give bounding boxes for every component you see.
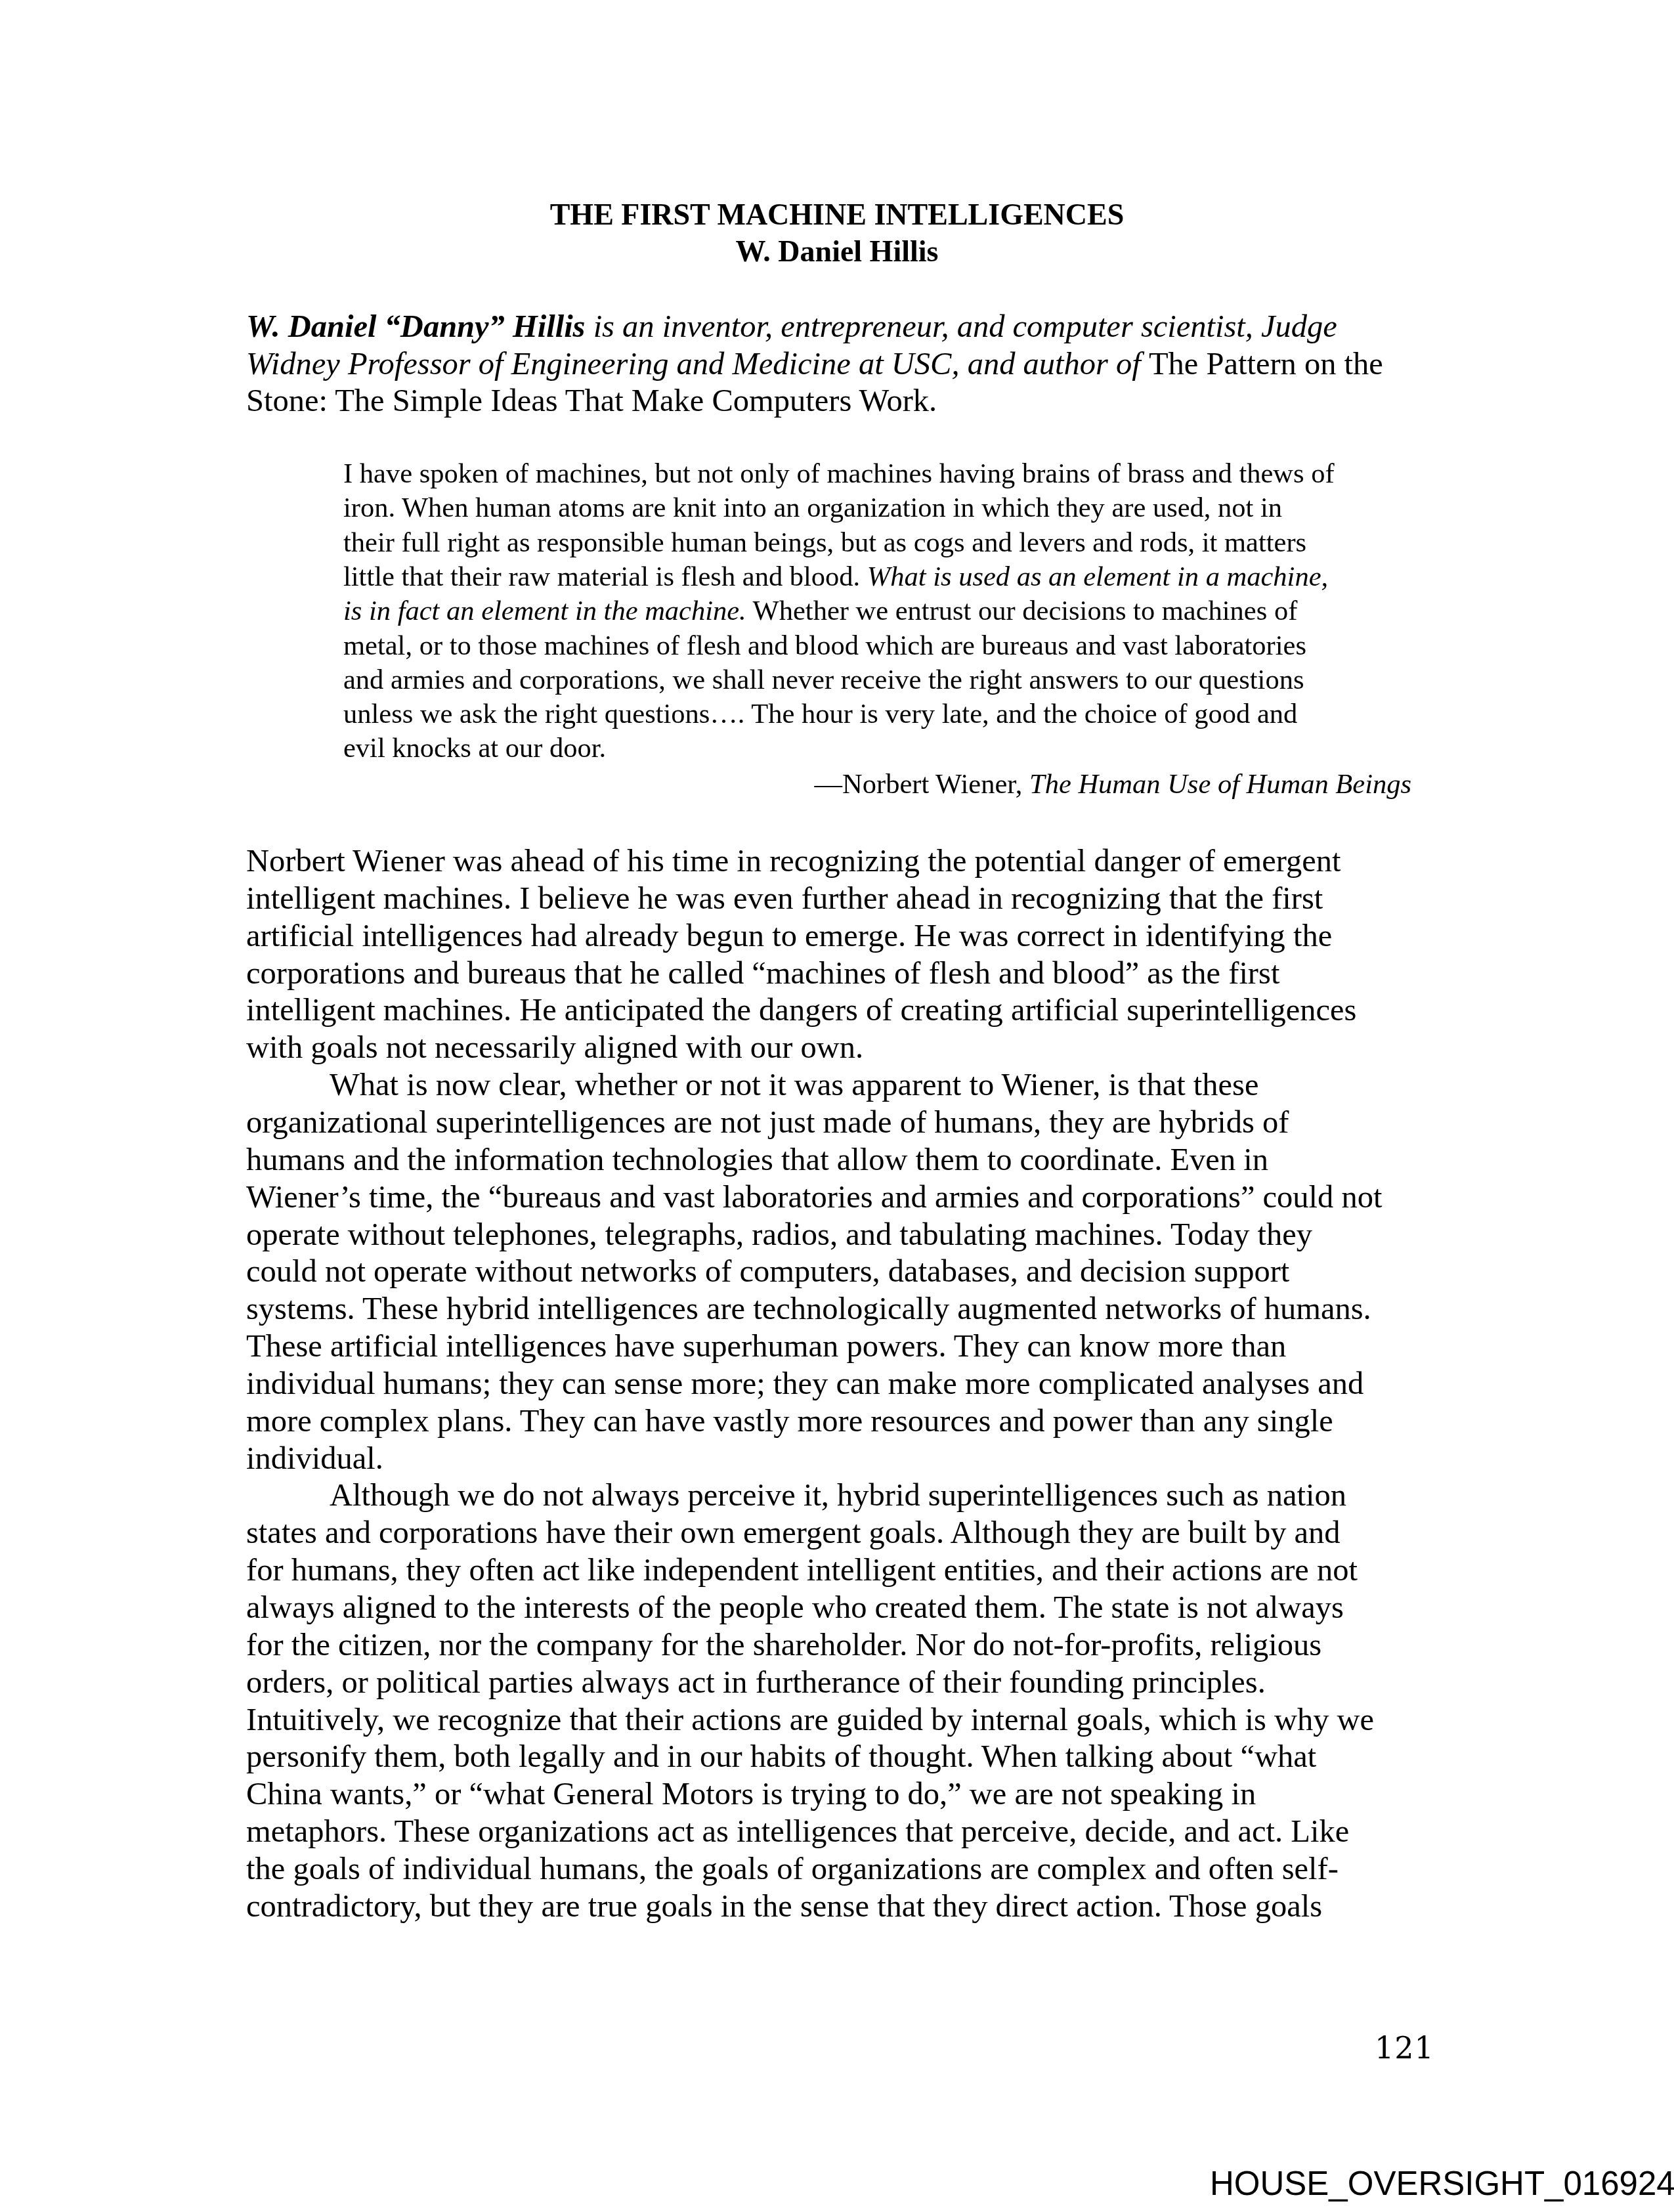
body-line: corporations and bureaus that he called … bbox=[246, 955, 1279, 992]
body-line: could not operate without networks of co… bbox=[246, 1253, 1289, 1290]
text-segment: unless we ask the right questions…. The … bbox=[343, 699, 1297, 729]
body-line: China wants,” or “what General Motors is… bbox=[246, 1776, 1256, 1813]
text-segment: iron. When human atoms are knit into an … bbox=[343, 492, 1282, 523]
text-segment: The Human Use of Human Beings bbox=[1029, 769, 1411, 800]
epigraph-line: metal, or to those machines of flesh and… bbox=[343, 629, 1306, 663]
body-line: for the citizen, nor the company for the… bbox=[246, 1627, 1321, 1664]
epigraph-line: is in fact an element in the machine. Wh… bbox=[343, 594, 1297, 628]
body-line: Wiener’s time, the “bureaus and vast lab… bbox=[246, 1179, 1382, 1216]
text-segment: I have spoken of machines, but not only … bbox=[343, 458, 1335, 489]
epigraph-line: I have spoken of machines, but not only … bbox=[343, 457, 1335, 491]
epigraph-attribution: —Norbert Wiener, The Human Use of Human … bbox=[815, 768, 1411, 801]
body-line: organizational superintelligences are no… bbox=[246, 1104, 1289, 1141]
body-line: metaphors. These organizations act as in… bbox=[246, 1813, 1349, 1850]
paragraph-first-line: Although we do not always perceive it, h… bbox=[330, 1477, 1346, 1514]
body-line: always aligned to the interests of the p… bbox=[246, 1590, 1344, 1626]
page-number: 121 bbox=[1375, 2031, 1434, 2064]
body-line: operate without telephones, telegraphs, … bbox=[246, 1217, 1312, 1253]
body-line: more complex plans. They can have vastly… bbox=[246, 1403, 1333, 1440]
body-line: contradictory, but they are true goals i… bbox=[246, 1888, 1322, 1925]
text-segment: What is used as an element in a machine, bbox=[867, 561, 1328, 592]
body-line: orders, or political parties always act … bbox=[246, 1664, 1266, 1701]
text-segment: metal, or to those machines of flesh and… bbox=[343, 630, 1306, 661]
epigraph-line: their full right as responsible human be… bbox=[343, 526, 1306, 560]
body-line: Intuitively, we recognize that their act… bbox=[246, 1702, 1374, 1739]
epigraph-line: evil knocks at our door. bbox=[343, 731, 606, 766]
body-line: These artificial intelligences have supe… bbox=[246, 1328, 1286, 1365]
page-title: THE FIRST MACHINE INTELLIGENCES bbox=[0, 197, 1674, 232]
text-segment: their full right as responsible human be… bbox=[343, 527, 1306, 558]
bio-line: Stone: The Simple Ideas That Make Comput… bbox=[246, 383, 937, 420]
body-line: the goals of individual humans, the goal… bbox=[246, 1851, 1339, 1888]
body-line: individual. bbox=[246, 1441, 383, 1477]
text-segment: W. Daniel “Danny” Hillis bbox=[246, 309, 586, 344]
bates-stamp: HOUSE_OVERSIGHT_016924 bbox=[1210, 2165, 1674, 2202]
bio-line: W. Daniel “Danny” Hillis is an inventor,… bbox=[246, 309, 1337, 345]
epigraph-line: little that their raw material is flesh … bbox=[343, 560, 1328, 594]
body-line: personify them, both legally and in our … bbox=[246, 1739, 1316, 1775]
paragraph-first-line: What is now clear, whether or not it was… bbox=[330, 1067, 1258, 1104]
epigraph-line: unless we ask the right questions…. The … bbox=[343, 697, 1297, 731]
bio-line: Widney Professor of Engineering and Medi… bbox=[246, 346, 1383, 383]
text-segment: evil knocks at our door. bbox=[343, 733, 606, 764]
epigraph-line: iron. When human atoms are knit into an … bbox=[343, 491, 1282, 525]
text-segment: Widney Professor of Engineering and Medi… bbox=[246, 347, 1149, 381]
text-segment: Stone: The Simple Ideas That Make Comput… bbox=[246, 383, 937, 418]
document-page: THE FIRST MACHINE INTELLIGENCES W. Danie… bbox=[0, 0, 1674, 2212]
text-segment: The Pattern on the bbox=[1149, 347, 1383, 381]
text-segment: is an inventor, entrepreneur, and comput… bbox=[586, 309, 1337, 344]
body-line: states and corporations have their own e… bbox=[246, 1515, 1341, 1551]
body-line: with goals not necessarily aligned with … bbox=[246, 1030, 863, 1066]
body-line: intelligent machines. I believe he was e… bbox=[246, 880, 1323, 917]
body-line: humans and the information technologies … bbox=[246, 1142, 1268, 1179]
body-line: individual humans; they can sense more; … bbox=[246, 1366, 1363, 1402]
author-byline: W. Daniel Hillis bbox=[0, 234, 1674, 269]
body-line: for humans, they often act like independ… bbox=[246, 1552, 1358, 1589]
text-segment: Whether we entrust our decisions to mach… bbox=[746, 596, 1298, 626]
text-segment: little that their raw material is flesh … bbox=[343, 561, 867, 592]
text-segment: and armies and corporations, we shall ne… bbox=[343, 664, 1304, 695]
body-line: Norbert Wiener was ahead of his time in … bbox=[246, 843, 1341, 880]
text-segment: —Norbert Wiener, bbox=[815, 769, 1029, 800]
body-line: systems. These hybrid intelligences are … bbox=[246, 1291, 1371, 1328]
body-line: intelligent machines. He anticipated the… bbox=[246, 992, 1356, 1029]
body-line: artificial intelligences had already beg… bbox=[246, 918, 1332, 955]
text-segment: is in fact an element in the machine. bbox=[343, 596, 746, 626]
epigraph-line: and armies and corporations, we shall ne… bbox=[343, 663, 1304, 697]
